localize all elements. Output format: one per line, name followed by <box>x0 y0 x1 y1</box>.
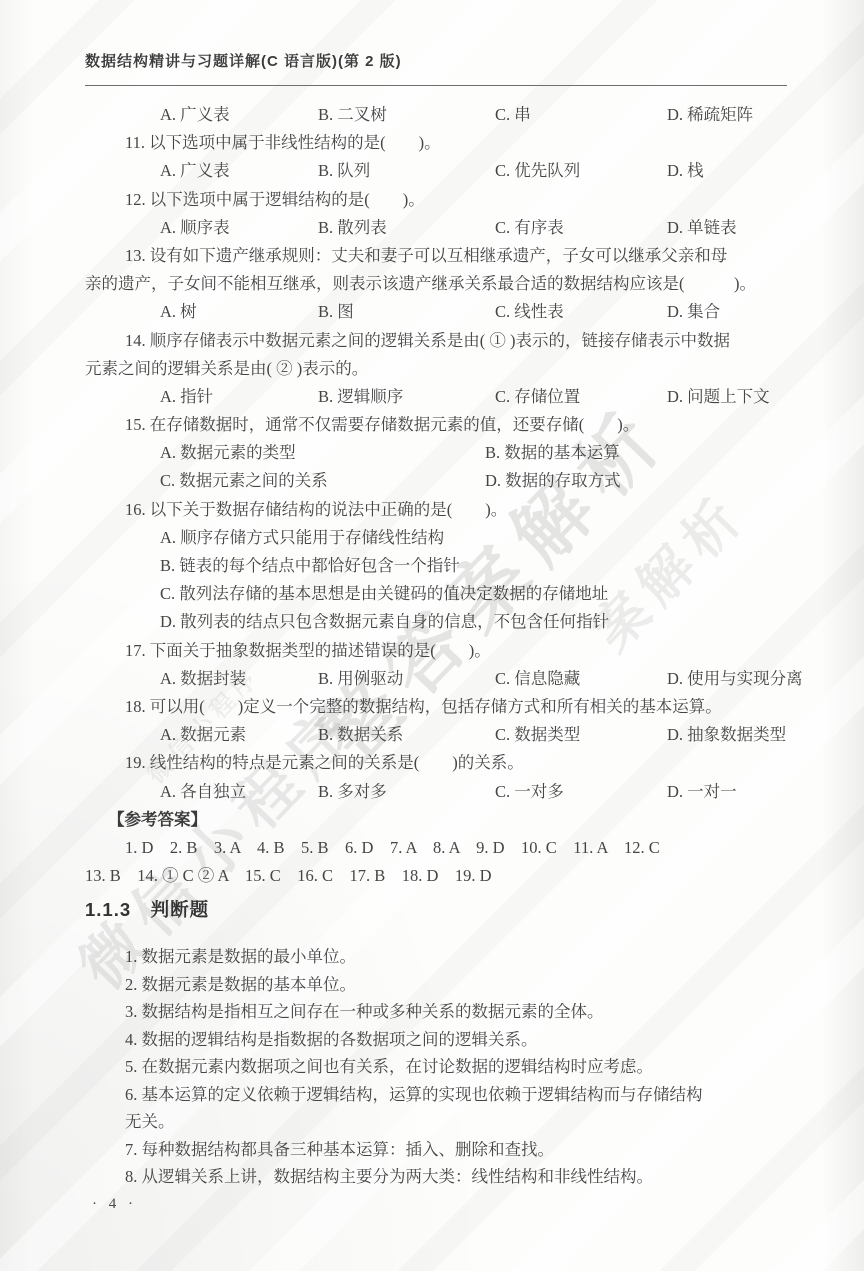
question-line: 15. 在存储数据时，通常不仅需要存储数据元素的值，还要存储( )。 <box>85 411 787 439</box>
option-label: B. 图 <box>318 298 354 326</box>
option-label: B. 散列表 <box>318 214 387 242</box>
option-label: C. 信息隐藏 <box>495 665 580 693</box>
options-row: A. 数据元素的类型B. 数据的基本运算 <box>85 439 787 467</box>
true-false-item: 6. 基本运算的定义依赖于逻辑结构，运算的实现也依赖于逻辑结构而与存储结构 <box>85 1081 787 1109</box>
option-label: A. 数据封装 <box>160 665 246 693</box>
option-label: D. 问题上下文 <box>667 383 770 411</box>
option-label: D. 单链表 <box>667 214 737 242</box>
option-label: C. 数据类型 <box>495 721 580 749</box>
option-label: C. 数据元素之间的关系 <box>160 467 328 495</box>
question-continuation-line: 元素之间的逻辑关系是由( ② )表示的。 <box>85 355 787 383</box>
question-line: 13. 设有如下遗产继承规则：丈夫和妻子可以互相继承遗产，子女可以继承父亲和母 <box>85 242 787 270</box>
option-label: B. 队列 <box>318 157 370 185</box>
option-label: D. 稀疏矩阵 <box>667 101 753 129</box>
question-line: 16. 以下关于数据存储结构的说法中正确的是( )。 <box>85 496 787 524</box>
options-row: A. 数据元素B. 数据关系C. 数据类型D. 抽象数据类型 <box>85 721 787 749</box>
option-label: D. 一对一 <box>667 778 737 806</box>
header-rule <box>85 85 787 86</box>
true-false-item: 7. 每种数据结构都具备三种基本运算：插入、删除和查找。 <box>85 1136 787 1164</box>
options-row: A. 数据封装B. 用例驱动C. 信息隐藏D. 使用与实现分离 <box>85 665 787 693</box>
option-label: B. 数据关系 <box>318 721 403 749</box>
question-continuation-line: 亲的遗产，子女间不能相互继承，则表示该遗产继承关系最合适的数据结构应该是( )。 <box>85 270 787 298</box>
question-line: 17. 下面关于抽象数据类型的描述错误的是( )。 <box>85 637 787 665</box>
item-continuation-line: 无关。 <box>85 1108 787 1136</box>
option-label: C. 一对多 <box>495 778 564 806</box>
option-label: D. 抽象数据类型 <box>667 721 786 749</box>
option-label: A. 广义表 <box>160 157 230 185</box>
page-number: · 4 · <box>92 1196 137 1213</box>
question-line: 18. 可以用( )定义一个完整的数据结构，包括存储方式和所有相关的基本运算。 <box>85 693 787 721</box>
option-label: C. 有序表 <box>495 214 564 242</box>
options-row: A. 各自独立B. 多对多C. 一对多D. 一对一 <box>85 778 787 806</box>
option-label: A. 各自独立 <box>160 778 246 806</box>
option-label: D. 集合 <box>667 298 720 326</box>
option-label: D. 数据的存取方式 <box>485 467 621 495</box>
question-continuation-line: 13. B 14. ① C ② A 15. C 16. C 17. B 18. … <box>85 862 787 890</box>
option-label: A. 广义表 <box>160 101 230 129</box>
options-row: C. 数据元素之间的关系D. 数据的存取方式 <box>85 467 787 495</box>
true-false-item: 2. 数据元素是数据的基本单位。 <box>85 971 787 999</box>
options-row: A. 广义表B. 二叉树C. 串D. 稀疏矩阵 <box>85 101 787 129</box>
scanned-book-page: 整答案解析 微信小程序 案解析 微信小程序 数据结构精讲与习题详解(C 语言版)… <box>0 0 864 1271</box>
options-row: A. 指针B. 逻辑顺序C. 存储位置D. 问题上下文 <box>85 383 787 411</box>
option-label: B. 二叉树 <box>318 101 387 129</box>
option-line: D. 散列表的结点只包含数据元素自身的信息，不包含任何指针 <box>85 608 787 636</box>
true-false-item: 4. 数据的逻辑结构是指数据的各数据项之间的逻辑关系。 <box>85 1026 787 1054</box>
true-false-item: 1. 数据元素是数据的最小单位。 <box>85 943 787 971</box>
answers-line: 1. D 2. B 3. A 4. B 5. B 6. D 7. A 8. A … <box>85 834 787 862</box>
option-label: C. 串 <box>495 101 531 129</box>
option-label: C. 线性表 <box>495 298 564 326</box>
question-line: 12. 以下选项中属于逻辑结构的是( )。 <box>85 186 787 214</box>
option-line: C. 散列法存储的基本思想是由关键码的值决定数据的存储地址 <box>85 580 787 608</box>
options-row: A. 广义表B. 队列C. 优先队列D. 栈 <box>85 157 787 185</box>
option-label: B. 用例驱动 <box>318 665 403 693</box>
section-heading: 1.1.3 判断题 <box>85 895 787 925</box>
options-row: A. 顺序表B. 散列表C. 有序表D. 单链表 <box>85 214 787 242</box>
reference-answers-heading: 【参考答案】 <box>85 806 787 834</box>
option-label: C. 优先队列 <box>495 157 580 185</box>
options-row: A. 树B. 图C. 线性表D. 集合 <box>85 298 787 326</box>
option-line: B. 链表的每个结点中都恰好包含一个指针 <box>85 552 787 580</box>
true-false-item: 5. 在数据元素内数据项之间也有关系，在讨论数据的逻辑结构时应考虑。 <box>85 1053 787 1081</box>
page-body-text: A. 广义表B. 二叉树C. 串D. 稀疏矩阵11. 以下选项中属于非线性结构的… <box>85 101 787 1191</box>
option-label: B. 逻辑顺序 <box>318 383 403 411</box>
option-label: A. 指针 <box>160 383 213 411</box>
true-false-item: 3. 数据结构是指相互之间存在一种或多种关系的数据元素的全体。 <box>85 998 787 1026</box>
true-false-item: 8. 从逻辑关系上讲，数据结构主要分为两大类：线性结构和非线性结构。 <box>85 1163 787 1191</box>
option-label: A. 数据元素 <box>160 721 246 749</box>
option-label: A. 数据元素的类型 <box>160 439 296 467</box>
question-line: 14. 顺序存储表示中数据元素之间的逻辑关系是由( ① )表示的，链接存储表示中… <box>85 327 787 355</box>
option-label: B. 多对多 <box>318 778 387 806</box>
option-label: B. 数据的基本运算 <box>485 439 620 467</box>
option-label: D. 使用与实现分离 <box>667 665 803 693</box>
question-line: 11. 以下选项中属于非线性结构的是( )。 <box>85 129 787 157</box>
question-line: 19. 线性结构的特点是元素之间的关系是( )的关系。 <box>85 749 787 777</box>
option-line: A. 顺序存储方式只能用于存储线性结构 <box>85 524 787 552</box>
option-label: A. 顺序表 <box>160 214 230 242</box>
running-head-title: 数据结构精讲与习题详解(C 语言版)(第 2 版) <box>85 50 402 71</box>
option-label: A. 树 <box>160 298 197 326</box>
option-label: C. 存储位置 <box>495 383 580 411</box>
option-label: D. 栈 <box>667 157 704 185</box>
